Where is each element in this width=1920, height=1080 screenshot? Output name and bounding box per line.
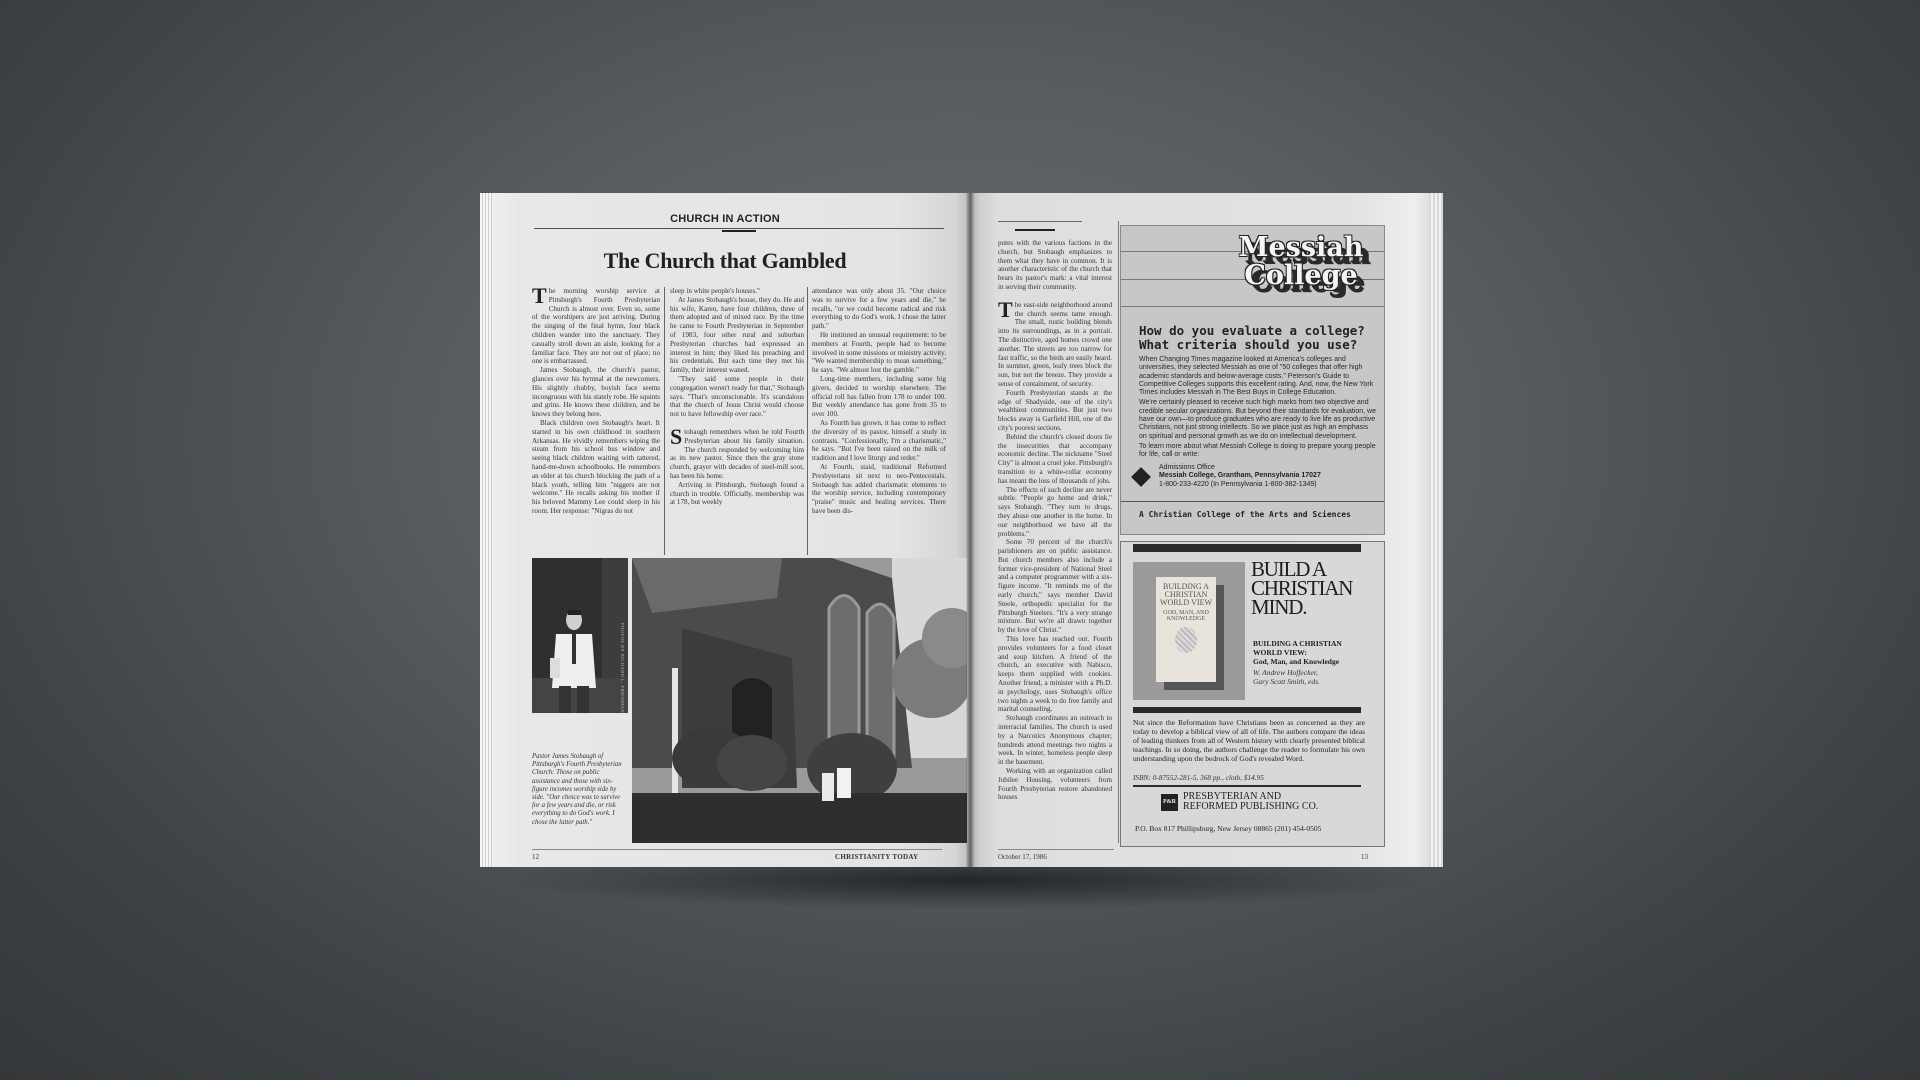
church-building-photo bbox=[632, 558, 967, 843]
publisher-logo-icon: P&R bbox=[1161, 794, 1178, 811]
page-number: 12 bbox=[532, 853, 539, 861]
messiah-college-logo: Messiah College bbox=[1226, 234, 1376, 290]
paragraph: The morning worship service at Pittsburg… bbox=[532, 287, 660, 366]
book-cover: BUILDING A CHRISTIAN WORLD VIEW GOD, MAN… bbox=[1156, 577, 1216, 682]
book-title: BUILDING A CHRISTIAN WORLD VIEW: God, Ma… bbox=[1253, 639, 1342, 666]
paragraph: Working with an organization called Jubi… bbox=[998, 767, 1112, 802]
right-page: putes with the various factions in the c… bbox=[970, 193, 1443, 867]
ad-headline: How do you evaluate a college? What crit… bbox=[1139, 324, 1379, 352]
paragraph: sleep in white people's houses." bbox=[670, 287, 804, 296]
ad-rule bbox=[1133, 785, 1361, 787]
article-column-3: attendance was only about 35. "Our choic… bbox=[812, 287, 946, 516]
paragraph: At James Stobaugh's house, they do. He a… bbox=[670, 296, 804, 375]
footer-rule bbox=[998, 849, 1114, 850]
paragraph: Behind the church's closed doors lie the… bbox=[998, 433, 1112, 486]
paragraph: Stobaugh remembers when he told Fourth P… bbox=[670, 428, 804, 481]
spine bbox=[966, 193, 974, 867]
magazine-spread: CHURCH IN ACTION The Church that Gambled… bbox=[480, 193, 1443, 867]
paragraph: "They said some people in their congrega… bbox=[670, 375, 804, 419]
book-isbn: ISBN: 0-87552-281-5, 368 pp., cloth, $14… bbox=[1133, 773, 1264, 782]
ad-mid-bar bbox=[1133, 707, 1361, 713]
ad-top-bar bbox=[1133, 544, 1361, 552]
section-kicker: CHURCH IN ACTION bbox=[480, 213, 970, 225]
paragraph: This love has reached out. Fourth provid… bbox=[998, 635, 1112, 714]
book-ad: BUILDING A CHRISTIAN WORLD VIEW GOD, MAN… bbox=[1120, 541, 1385, 847]
article-column-continued: putes with the various factions in the c… bbox=[998, 239, 1112, 802]
column-top-rule bbox=[998, 221, 1082, 222]
ad-tagline: A Christian College of the Arts and Scie… bbox=[1139, 510, 1351, 519]
page-edges bbox=[1429, 193, 1443, 867]
paragraph: As Fourth has grown, it has come to refl… bbox=[812, 419, 946, 463]
drop-cap: T bbox=[532, 287, 547, 305]
book-editors: W. Andrew Hoffecker, Gary Scott Smith, e… bbox=[1253, 668, 1320, 686]
column-rule bbox=[664, 287, 665, 555]
paragraph: putes with the various factions in the c… bbox=[998, 239, 1112, 292]
ad-body: When Changing Times magazine looked at A… bbox=[1139, 356, 1377, 462]
photo-credit: PHOTOS BY RICHARD L. FRIEDMAN bbox=[620, 623, 625, 713]
ad-headline: BUILD A CHRISTIAN MIND. bbox=[1251, 560, 1352, 617]
article-column-1: The morning worship service at Pittsburg… bbox=[532, 287, 660, 516]
cover-illustration bbox=[1175, 627, 1197, 653]
drop-cap: S bbox=[670, 428, 682, 446]
paragraph: The east-side neighborhood around the ch… bbox=[998, 301, 1112, 389]
publisher-name: PRESBYTERIAN AND REFORMED PUBLISHING CO. bbox=[1183, 792, 1318, 812]
ad-rule bbox=[1121, 501, 1385, 502]
kicker-bar bbox=[722, 230, 756, 232]
paragraph: attendance was only about 35. "Our choic… bbox=[812, 287, 946, 331]
column-top-bar bbox=[1015, 229, 1055, 231]
publication-name: CHRISTIANITY TODAY bbox=[835, 853, 918, 861]
paragraph: At Fourth, staid, traditional Reformed P… bbox=[812, 463, 946, 516]
footer-rule bbox=[532, 849, 942, 850]
paragraph: Black children own Stobaugh's heart. It … bbox=[532, 419, 660, 516]
messiah-college-ad: Messiah College How do you evaluate a co… bbox=[1120, 225, 1385, 535]
column-rule bbox=[807, 287, 808, 555]
pastor-figure-image bbox=[532, 558, 628, 713]
paragraph: Long-time members, including some big gi… bbox=[812, 375, 946, 419]
paragraph: Stobaugh coordinates an outreach to inte… bbox=[998, 714, 1112, 767]
kicker-rule bbox=[534, 228, 944, 229]
column-rule bbox=[1118, 221, 1119, 843]
paragraph: He instituted an unusual requirement: to… bbox=[812, 331, 946, 375]
ad-body: Not since the Reformation have Christian… bbox=[1133, 718, 1365, 763]
paragraph: The effects of such decline are never su… bbox=[998, 486, 1112, 539]
paragraph: James Stobaugh, the church's pastor, gla… bbox=[532, 366, 660, 419]
diamond-icon bbox=[1131, 467, 1151, 487]
left-page: CHURCH IN ACTION The Church that Gambled… bbox=[480, 193, 970, 867]
publisher-address: P.O. Box 817 Phillipsburg, New Jersey 08… bbox=[1135, 824, 1321, 833]
church-image bbox=[632, 558, 967, 843]
drop-cap: T bbox=[998, 301, 1013, 319]
page-number: 13 bbox=[1361, 853, 1368, 861]
article-headline: The Church that Gambled bbox=[480, 248, 970, 274]
article-column-2: sleep in white people's houses." At Jame… bbox=[670, 287, 804, 507]
issue-date: October 17, 1986 bbox=[998, 853, 1047, 861]
pastor-portrait-photo bbox=[532, 558, 628, 713]
page-edges bbox=[480, 193, 492, 867]
photo-caption: Pastor James Stobaugh of Pittsburgh's Fo… bbox=[532, 753, 628, 827]
ad-contact: Admissions Office Messiah College, Grant… bbox=[1159, 464, 1321, 489]
paragraph: Fourth Presbyterian stands at the edge o… bbox=[998, 389, 1112, 433]
paragraph: Some 70 percent of the church's parishio… bbox=[998, 538, 1112, 635]
paragraph: Arriving in Pittsburgh, Stobaugh found a… bbox=[670, 481, 804, 507]
